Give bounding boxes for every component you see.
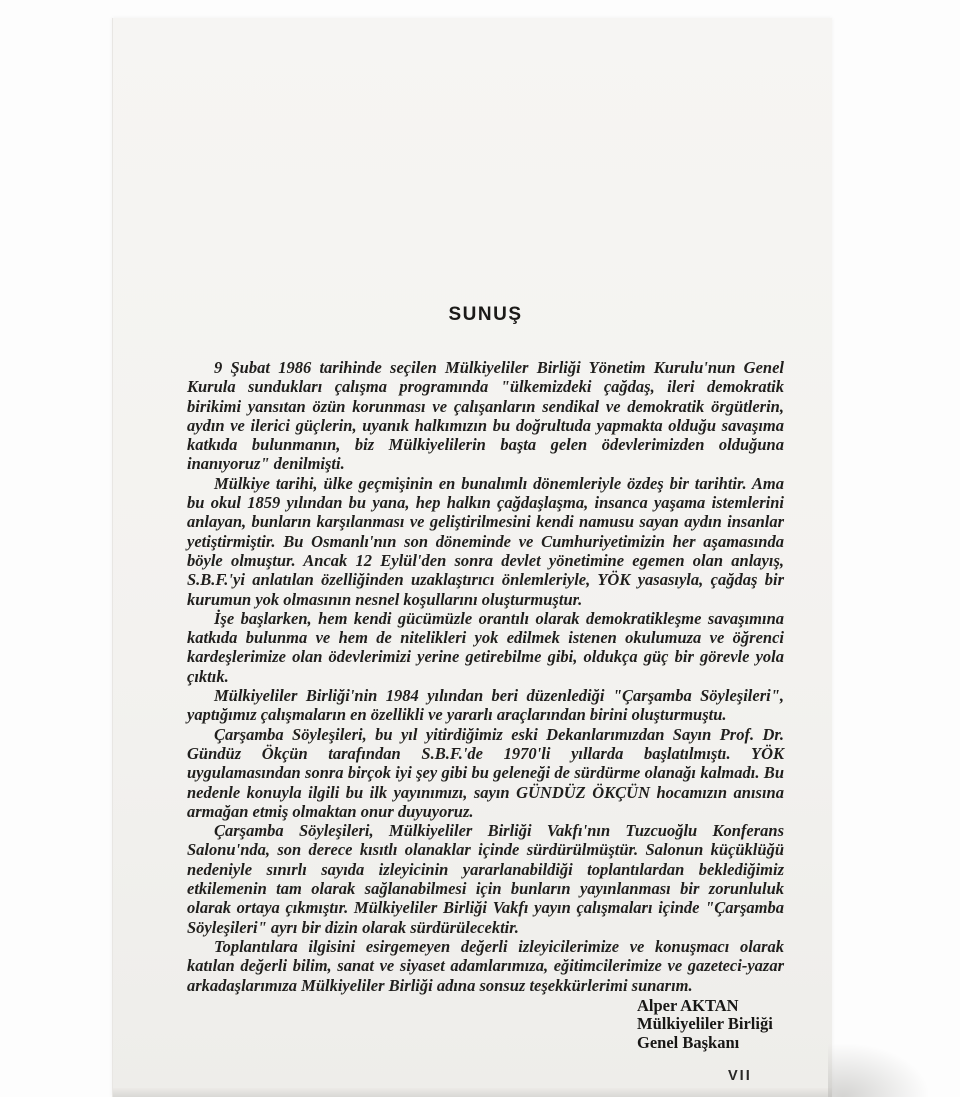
page-curl-shadow — [828, 1044, 928, 1097]
preface-paragraph: Mülkiye tarihi, ülke geçmişinin en bunal… — [187, 474, 784, 609]
book-page: SUNUŞ 9 Şubat 1986 tarihinde seçilen Mül… — [112, 18, 832, 1097]
signature-organization: Mülkiyeliler Birliği — [637, 1015, 784, 1034]
page-title: SUNUŞ — [187, 304, 784, 326]
preface-paragraph: Çarşamba Söyleşileri, bu yıl yitirdiğimi… — [187, 725, 784, 821]
signature-role: Genel Başkanı — [637, 1034, 784, 1053]
page-number: VII — [728, 1067, 784, 1086]
preface-paragraph: 9 Şubat 1986 tarihinde seçilen Mülkiyeli… — [187, 358, 784, 474]
preface-paragraph: Toplantılara ilgisini esirgemeyen değerl… — [187, 937, 784, 995]
preface-paragraph: Mülkiyeliler Birliği'nin 1984 yılından b… — [187, 686, 784, 725]
preface-paragraph: Çarşamba Söyleşileri, Mülkiyeliler Birli… — [187, 821, 784, 937]
preface-paragraphs: 9 Şubat 1986 tarihinde seçilen Mülkiyeli… — [187, 358, 784, 995]
page-bottom-edge — [113, 1088, 832, 1097]
signature-name: Alper AKTAN — [637, 997, 784, 1016]
signature-block: Alper AKTAN Mülkiyeliler Birliği Genel B… — [637, 997, 784, 1053]
preface-paragraph: İşe başlarken, hem kendi gücümüzle orant… — [187, 609, 784, 686]
preface-body: 9 Şubat 1986 tarihinde seçilen Mülkiyeli… — [187, 358, 784, 1087]
